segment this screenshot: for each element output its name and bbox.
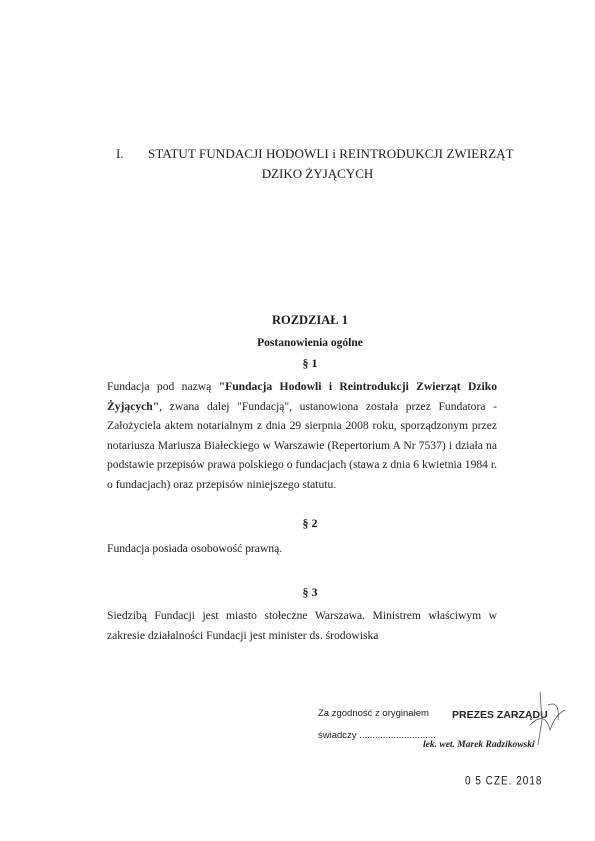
chapter-heading: ROZDZIAŁ 1 — [100, 313, 520, 328]
section-1-text-pre: Fundacja pod nazwą — [107, 380, 219, 393]
section-1-text: Fundacja pod nazwą "Fundacja Hodowli i R… — [107, 377, 497, 494]
title-number: I. — [116, 146, 124, 162]
section-2-sign: § 2 — [100, 516, 520, 531]
section-1-text-post: , zwana dalej "Fundacją", ustanowiona zo… — [107, 400, 497, 491]
signature-icon — [520, 690, 570, 750]
section-3-sign: § 3 — [100, 585, 520, 600]
chapter-subtitle: Postanowienia ogólne — [100, 337, 520, 349]
section-3-text: Siedzibą Fundacji jest miasto stołeczne … — [107, 606, 497, 645]
date-stamp: 0 5 CZE. 2018 — [465, 775, 542, 788]
section-1-sign: § 1 — [100, 356, 520, 371]
signatory-name: lek. wet. Marek Radzikowski — [423, 740, 535, 750]
document-title-line1: STATUT FUNDACJI HODOWLI i REINTRODUKCJI … — [148, 146, 514, 162]
section-2-text: Fundacja posiada osobowość prawną. — [107, 539, 497, 559]
certification-line2: świadczy ............................. — [318, 730, 436, 741]
certification-line1: Za zgodność z oryginałem — [318, 708, 429, 719]
document-title-line2: DZIKO ŻYJĄCYCH — [0, 166, 595, 182]
